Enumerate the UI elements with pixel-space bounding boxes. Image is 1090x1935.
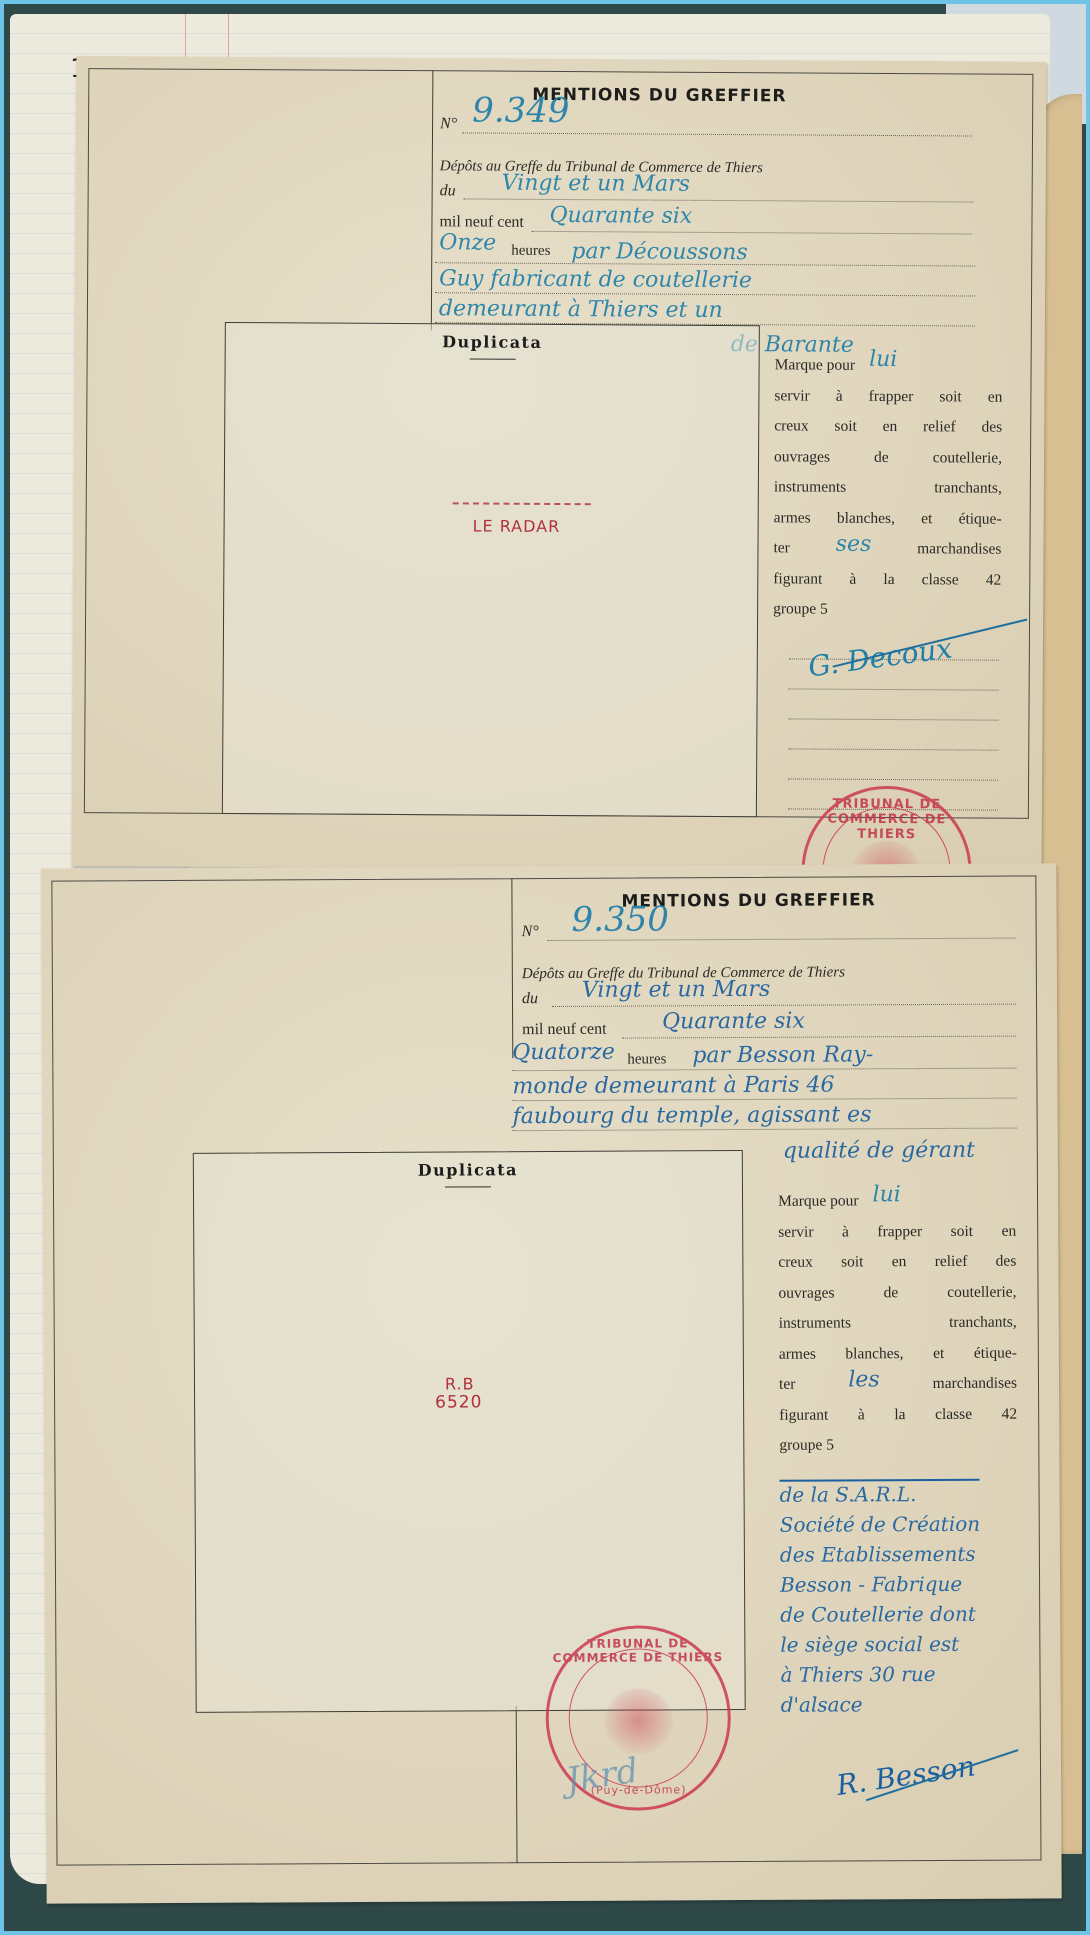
word: étique- [974,1338,1017,1369]
marque-line: ter les marchandises [779,1369,1017,1401]
trademark-stamp: LE RADAR [473,516,561,536]
word: tranchants, [934,473,1002,504]
heures-label: heures [627,1051,666,1068]
word: à [858,1400,865,1431]
word: à [849,564,856,595]
marque-line: instrumentstranchants, [774,472,1002,504]
marque-line: armesblanches,etétique- [779,1338,1017,1370]
company-line-3: des Etablissements [780,1538,1040,1569]
photo-frame: 1 8 MENTIONS DU GREFFIER N° 9.349 Dépôts… [4,4,1086,1931]
du-label: du [440,182,456,200]
dotted-line [464,198,974,202]
marque-line: creuxsoitenreliefdes [778,1247,1016,1279]
marque-description: Marque pour lui serviràfrappersoiten cre… [773,350,1003,626]
mentions-du-greffier: MENTIONS DU GREFFIER N° 9.350 Dépôts au … [511,875,1033,1178]
marque-line: serviràfrappersoiten [774,381,1002,413]
dotted-line [512,1068,1016,1072]
dotted-line [462,132,972,136]
marque-line: Marque pour lui [778,1186,1016,1218]
year-value: Quarante six [549,203,692,229]
marque-line: ter ses marchandises [773,533,1001,565]
word: instruments [774,472,847,503]
word: figurant [779,1400,828,1431]
word: des [996,1247,1017,1278]
title-underline [445,1186,491,1187]
word: et [933,1338,944,1369]
marque-line: figurantàlaclasse42 [779,1399,1017,1431]
company-line-8: d'alsace [781,1688,1041,1719]
word: en [1001,1216,1016,1247]
dotted-line [531,231,971,235]
company-line-7: à Thiers 30 rue [780,1658,1040,1689]
word: figurant [773,564,822,595]
groupe-label: groupe 5 [773,594,828,625]
word: la [883,564,894,595]
registration-number: 9.350 [571,899,669,940]
marque-pour-label: Marque pour [778,1186,859,1217]
marque-line: groupe 5 [779,1430,1017,1462]
word: servir [778,1217,813,1248]
marque-line: figurantàlaclasse42 [773,564,1001,596]
title-underline [469,358,515,359]
word: la [894,1400,905,1431]
company-details: de la S.A.R.L. Société de Création des E… [780,1478,1041,1719]
company-line-6: le siège social est [780,1628,1040,1659]
dotted-line [552,1004,1016,1007]
depositor-line-3: faubourg du temple, agissant es [513,1102,872,1129]
word: soit [939,382,962,413]
company-line-4: Besson - Fabrique [780,1568,1040,1599]
depositor-line-2: Guy fabricant de coutellerie [439,266,752,293]
word: des [981,413,1002,444]
depositor-line-3: demeurant à Thiers et un [439,296,723,323]
word: tranchants, [949,1308,1017,1339]
word: en [892,1247,907,1278]
duplicata-box: Duplicata LE RADAR [222,322,760,817]
word: frapper [877,1217,922,1248]
heures-label: heures [511,243,550,260]
word: coutellerie, [947,1277,1016,1308]
marque-beneficiary: lui [869,345,897,376]
company-line-2: Société de Création [780,1508,1040,1539]
marque-line: Marque pour lui [775,350,1003,382]
ter-value: les [848,1365,880,1396]
word: relief [935,1247,968,1278]
word: soit [841,1247,864,1278]
word: soit [834,412,857,443]
seal-text: TRIBUNAL DE COMMERCE DE THIERS [805,797,969,843]
depositor-line-1: par Besson Ray- [692,1042,873,1068]
year-label: mil neuf cent [522,1021,607,1039]
stamp-border [453,502,591,505]
date-value: Vingt et un Mars [582,977,770,1003]
marque-beneficiary: lui [872,1180,900,1211]
no-label: N° [522,923,539,941]
registration-form-9350: MENTIONS DU GREFFIER N° 9.350 Dépôts au … [41,863,1061,1903]
seal-text: TRIBUNAL DE COMMERCE DE THIERS [548,1636,727,1665]
marchandises-label: marchandises [917,534,1002,565]
date-value: Vingt et un Mars [502,171,690,197]
year-label: mil neuf cent [439,213,524,232]
class-number: 42 [1002,1399,1018,1430]
word: creux [774,411,809,442]
duplicata-title: Duplicata [194,1159,742,1181]
word: servir [774,381,809,412]
seal-emblem-icon [603,1688,673,1758]
marque-line: armesblanches,etétique- [774,503,1002,535]
word: armes [774,503,811,534]
word: armes [779,1339,816,1370]
no-label: N° [440,115,457,133]
groupe-label: groupe 5 [779,1431,834,1462]
marque-description: Marque pour lui serviràfrappersoiten cre… [778,1186,1017,1462]
depositor-line-1: par Découssons [571,239,748,265]
word: classe [922,565,959,596]
du-label: du [522,990,538,1008]
duplicata-title: Duplicata [226,331,759,353]
trademark-stamp-line-2: 6520 [435,1392,482,1412]
marque-line: ouvragesdecoutellerie, [778,1277,1016,1309]
word: en [883,412,898,443]
depositor-line-2: monde demeurant à Paris 46 [512,1073,834,1100]
trademark-stamp-line-1: R.B [445,1374,475,1393]
word: à [836,381,843,412]
ter-label: ter [779,1370,796,1401]
word: instruments [779,1308,852,1339]
word: coutellerie, [933,443,1002,474]
year-value: Quarante six [662,1009,805,1035]
hour-value: Onze [439,230,496,255]
marque-line: groupe 5 [773,594,1001,626]
ter-value: ses [836,530,872,561]
word: relief [923,412,956,443]
word: ouvrages [774,442,830,473]
marque-line: ouvragesdecoutellerie, [774,442,1002,474]
registration-number: 9.349 [472,90,570,131]
word: en [988,382,1003,413]
company-line-1: de la S.A.R.L. [780,1478,1040,1509]
word: creux [778,1248,813,1279]
marque-line: serviràfrappersoiten [778,1216,1016,1248]
word: classe [935,1399,972,1430]
marque-pour-label: Marque pour [775,350,856,381]
word: et [921,504,932,535]
word: étique- [958,504,1001,535]
company-line-5: de Coutellerie dont [780,1598,1040,1629]
hour-value: Quatorze [512,1040,615,1066]
word: à [842,1217,849,1248]
word: de [874,442,889,473]
registration-form-9349: MENTIONS DU GREFFIER N° 9.349 Dépôts au … [72,56,1047,872]
marque-line: instrumentstranchants, [779,1308,1017,1340]
marchandises-label: marchandises [933,1369,1018,1400]
word: de [883,1278,898,1309]
mentions-title: MENTIONS DU GREFFIER [532,85,786,107]
marque-line: creuxsoitenreliefdes [774,411,1002,443]
word: ouvrages [778,1278,834,1309]
depositor-line-4: qualité de gérant [783,1138,975,1164]
dotted-line [622,1036,1016,1039]
class-number: 42 [986,565,1002,596]
word: soit [951,1216,974,1247]
word: frapper [869,381,914,412]
ter-label: ter [773,533,790,564]
